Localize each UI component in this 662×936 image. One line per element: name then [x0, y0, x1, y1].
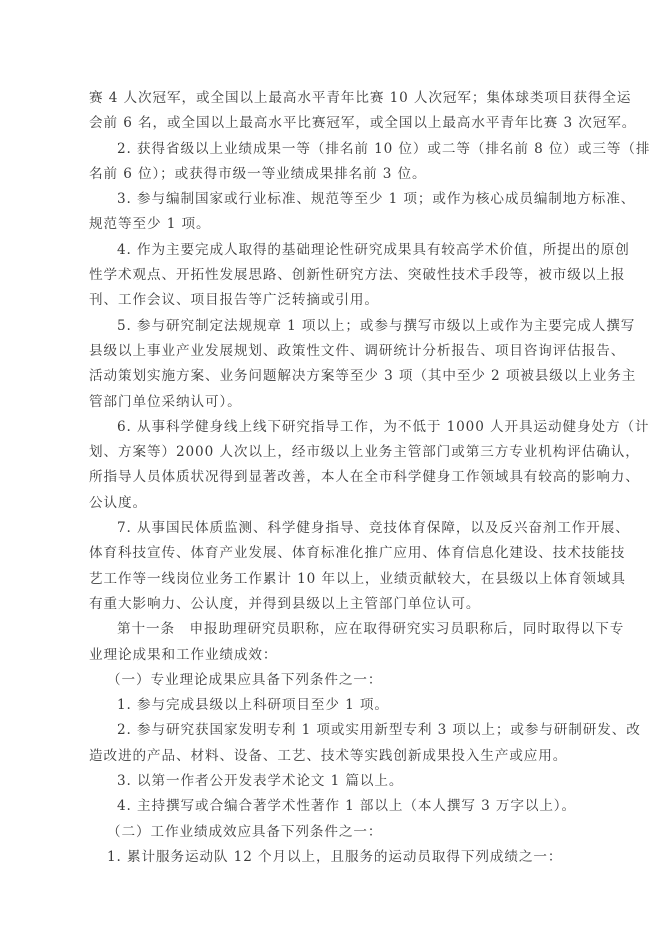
text-line: 会前 6 名，或全国以上最高水平比赛冠军，或全国以上最高水平青年比赛 3 次冠军… [89, 111, 581, 136]
text-line: 6. 从事科学健身线上线下研究指导工作，为不低于 1000 人开具运动健身处方（… [89, 415, 581, 440]
text-line: 所指导人员体质状况得到显著改善，本人在全市科学健身工作领域具有较高的影响力、 [89, 465, 581, 490]
text-line: （一）专业理论成果应具备下列条件之一： [89, 668, 581, 693]
text-line: 3. 以第一作者公开发表学术论文 1 篇以上。 [89, 769, 581, 794]
text-line: 4. 作为主要完成人取得的基础理论性研究成果具有较高学术价值，所提出的原创 [89, 238, 581, 263]
text-line: 3. 参与编制国家或行业标准、规范等至少 1 项；或作为核心成员编制地方标准、 [89, 187, 581, 212]
text-line: 2. 参与研究获国家发明专利 1 项或实用新型专利 3 项以上；或参与研制研发、… [89, 718, 581, 743]
text-line: 艺工作等一线岗位业务工作累计 10 年以上，业绩贡献较大，在县级以上体育领域具 [89, 567, 581, 592]
text-line: 性学术观点、开拓性发展思路、创新性研究方法、突破性技术手段等，被市级以上报 [89, 263, 581, 288]
text-line: 公认度。 [89, 491, 581, 516]
text-line: 7. 从事国民体质监测、科学健身指导、竞技体育保障，以及反兴奋剂工作开展、 [89, 516, 581, 541]
text-line: 1. 参与完成县级以上科研项目至少 1 项。 [89, 693, 581, 718]
text-line: 管部门单位采纳认可）。 [89, 390, 581, 415]
text-line: 4. 主持撰写或合编合著学术性著作 1 部以上（本人撰写 3 万字以上）。 [89, 794, 581, 819]
text-line: 2. 获得省级以上业绩成果一等（排名前 10 位）或二等（排名前 8 位）或三等… [89, 137, 581, 162]
document-page: 赛 4 人次冠军，或全国以上最高水平青年比赛 10 人次冠军；集体球类项目获得全… [89, 86, 581, 870]
text-line: 有重大影响力、公认度，并得到县级以上主管部门单位认可。 [89, 592, 581, 617]
text-line: （二）工作业绩成效应具备下列条件之一： [89, 820, 581, 845]
text-line: 名前 6 位）；或获得市级一等业绩成果排名前 3 位。 [89, 162, 581, 187]
text-line: 体育科技宣传、体育产业发展、体育标准化推广应用、体育信息化建设、技术技能技 [89, 541, 581, 566]
text-line: 5. 参与研究制定法规规章 1 项以上；或参与撰写市级以上或作为主要完成人撰写 [89, 314, 581, 339]
text-line: 规范等至少 1 项。 [89, 212, 581, 237]
text-line: 刊、工作会议、项目报告等广泛转摘或引用。 [89, 288, 581, 313]
text-line: 1. 累计服务运动队 12 个月以上，且服务的运动员取得下列成绩之一： [89, 845, 581, 870]
text-line: 县级以上事业产业发展规划、政策性文件、调研统计分析报告、项目咨询评估报告、 [89, 339, 581, 364]
text-line: 活动策划实施方案、业务问题解决方案等至少 3 项（其中至少 2 项被县级以上业务… [89, 364, 581, 389]
text-line: 第十一条 申报助理研究员职称，应在取得研究实习员职称后，同时取得以下专 [89, 617, 581, 642]
text-line: 造改进的产品、材料、设备、工艺、技术等实践创新成果投入生产或应用。 [89, 744, 581, 769]
text-line: 业理论成果和工作业绩成效： [89, 643, 581, 668]
text-line: 划、方案等）2000 人次以上，经市级以上业务主管部门或第三方专业机构评估确认， [89, 440, 581, 465]
text-line: 赛 4 人次冠军，或全国以上最高水平青年比赛 10 人次冠军；集体球类项目获得全… [89, 86, 581, 111]
